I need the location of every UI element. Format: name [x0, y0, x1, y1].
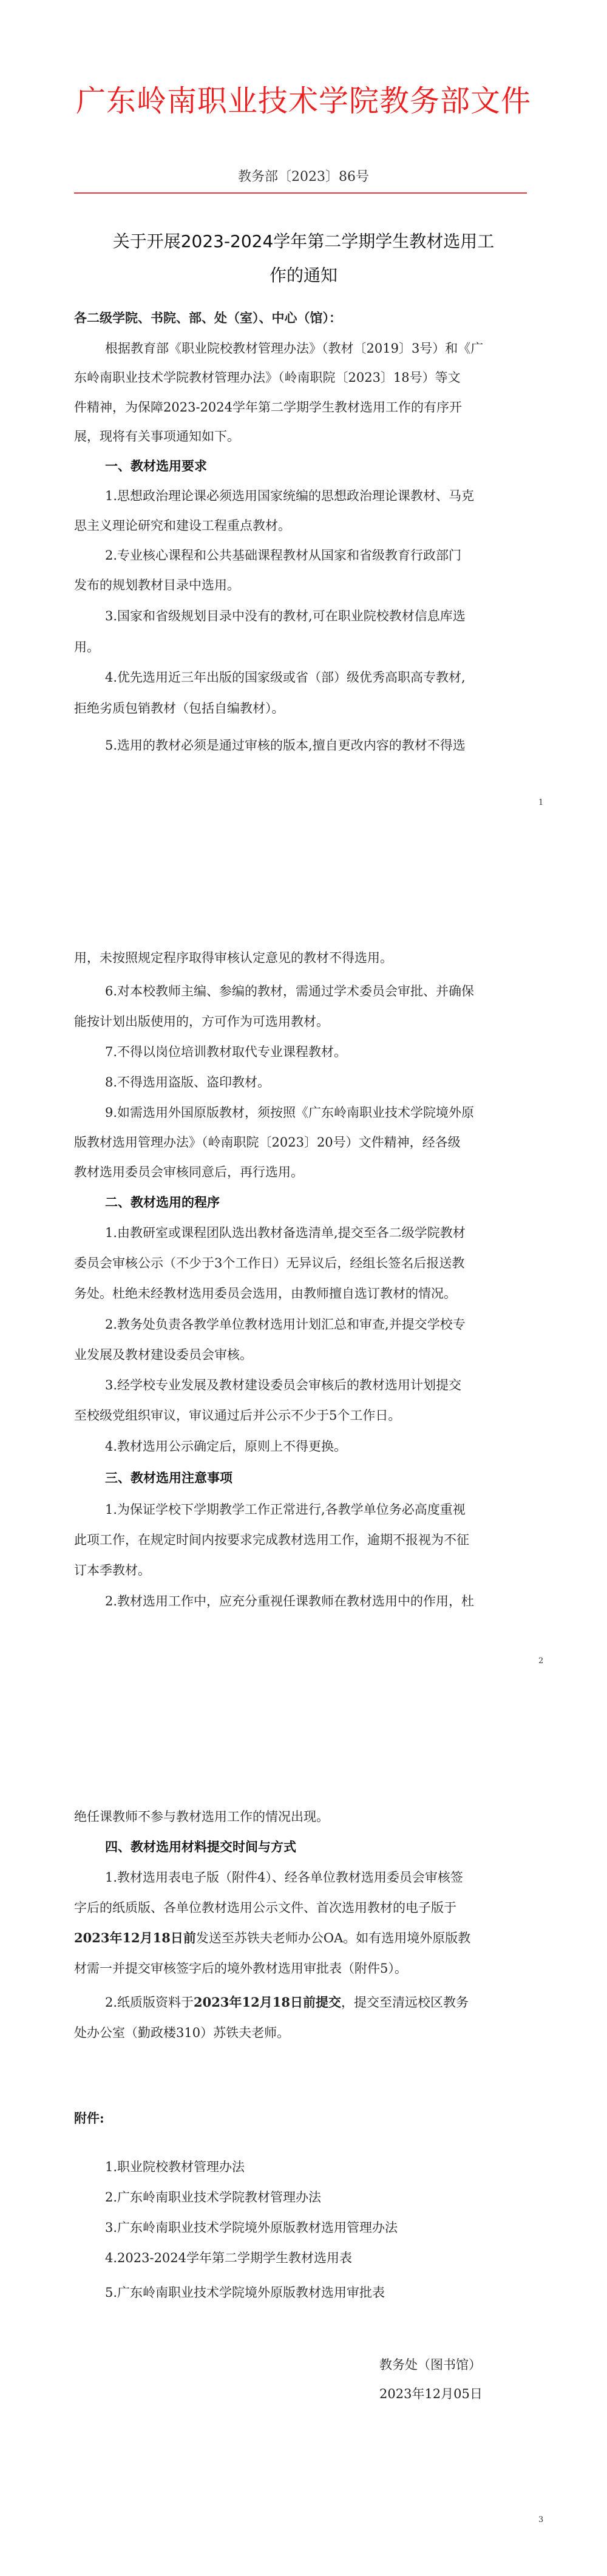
body-line: 版教材选用管理办法》（岭南职院〔2023〕20号）文件精神，经各级 [74, 1133, 461, 1151]
body-text: 2.纸质版资料于 [105, 1995, 194, 2010]
header-divider [74, 192, 527, 194]
page-number-1: 1 [538, 798, 543, 807]
notice-title-line1: 关于开展2023-2024学年第二学期学生教材选用工 [67, 225, 540, 259]
section-heading-4: 四、教材选用材料提交时间与方式 [105, 1838, 296, 1856]
body-line: 1.教材选用表电子版（附件4）、经各单位教材选用委员会审核签 [105, 1868, 463, 1886]
body-line: 业发展及教材建设委员会审核。 [74, 1346, 253, 1364]
body-line: 2.教务处负责各教学单位教材选用计划汇总和审查,并提交学校专 [105, 1315, 466, 1334]
body-line: 4.教材选用公示确定后，原则上不得更换。 [105, 1437, 347, 1456]
body-line: 4.优先选用近三年出版的国家级或省（部）级优秀高职高专教材, [105, 668, 466, 686]
deadline-emphasis: 2023年12月18日前 [74, 1930, 196, 1945]
intro-line: 件精神，为保障2023-2024学年第二学期学生教材选用工作的有序开 [74, 398, 462, 416]
page-number-3: 3 [538, 2515, 543, 2524]
signature-date: 2023年12月05日 [379, 2385, 483, 2403]
body-line: 7.不得以岗位培训教材取代专业课程教材。 [105, 1043, 347, 1061]
body-line: 至校级党组织审议，审议通过后并公示不少于5个工作日。 [74, 1406, 401, 1425]
body-line: 订本季教材。 [74, 1561, 151, 1579]
body-line: 能按计划出版使用的，方可作为可选用教材。 [74, 1012, 329, 1031]
body-line: 1.思想政治理论课必须选用国家统编的思想政治理论课教材、马克 [105, 487, 474, 505]
body-line: 2.纸质版资料于2023年12月18日前提交，提交至清远校区教务 [105, 1993, 469, 2012]
body-line: 3.经学校专业发展及教材建设委员会审核后的教材选用计划提交 [105, 1376, 461, 1394]
section-heading-2: 二、教材选用的程序 [105, 1193, 220, 1212]
body-line: 用，未按照规定程序取得审核认定意见的教材不得选用。 [74, 949, 393, 967]
document-number: 教务部〔2023〕86号 [0, 166, 607, 185]
body-text: 发送至苏铁夫老师办公OA。如有选用境外原版教 [196, 1931, 470, 1945]
notice-title: 关于开展2023-2024学年第二学期学生教材选用工 作的通知 [67, 225, 540, 293]
body-line: 1.由教研室或课程团队选出教材备选清单,提交至各二级学院教材 [105, 1224, 466, 1242]
body-text: ，提交至清远校区教务 [341, 1995, 469, 2010]
body-line: 思主义理论研究和建设工程重点教材。 [74, 517, 291, 535]
body-line: 6.对本校教师主编、参编的教材，需通过学术委员会审批、并确保 [105, 982, 474, 1000]
intro-line: 东岭南职业技术学院教材管理办法》（岭南职院〔2023〕18号）等文 [74, 368, 461, 387]
section-heading-1: 一、教材选用要求 [105, 457, 207, 475]
body-line: 1.为保证学校下学期教学工作正常进行,各教学单位务必高度重视 [105, 1500, 466, 1519]
intro-line: 展，现将有关事项通知如下。 [74, 427, 240, 446]
page-number-2: 2 [538, 1656, 543, 1666]
attachment-item: 3.广东岭南职业技术学院境外原版教材选用管理办法 [105, 2218, 398, 2237]
attachment-item: 1.职业院校教材管理办法 [105, 2158, 245, 2176]
body-line: 发布的规划教材目录中选用。 [74, 576, 240, 594]
section-heading-3: 三、教材选用注意事项 [105, 1469, 232, 1487]
body-line: 处办公室（勤政楼310）苏铁夫老师。 [74, 2024, 290, 2042]
body-line: 用。 [74, 638, 100, 656]
deadline-emphasis: 2023年12月18日前提交 [194, 1995, 341, 2010]
body-line: 3.国家和省级规划目录中没有的教材,可在职业院校教材信息库选 [105, 607, 466, 625]
body-line: 5.选用的教材必须是通过审核的版本,擅自更改内容的教材不得选 [105, 736, 466, 754]
body-line: 9.如需选用外国原版教材，须按照《广东岭南职业技术学院境外原 [105, 1103, 474, 1122]
org-header-title: 广东岭南职业技术学院教务部文件 [0, 80, 607, 123]
body-line: 此项工作，在规定时间内按要求完成教材选用工作，逾期不报视为不征 [74, 1531, 469, 1549]
body-line: 教材选用委员会审核同意后，再行选用。 [74, 1163, 303, 1181]
body-line: 2023年12月18日前发送至苏铁夫老师办公OA。如有选用境外原版教 [74, 1929, 470, 1947]
body-line: 8.不得选用盗版、盗印教材。 [105, 1073, 270, 1091]
body-line: 材需一并提交审核签字后的境外教材选用审批表（附件5）。 [74, 1959, 407, 1978]
body-line: 字后的纸质版、各单位教材选用公示文件、首次选用教材的电子版于 [74, 1899, 456, 1917]
body-line: 委员会审核公示（不少于3个工作日）无异议后，经组长签名后报送教 [74, 1254, 464, 1272]
attachment-item: 5.广东岭南职业技术学院境外原版教材选用审批表 [105, 2283, 385, 2302]
body-line: 绝任课教师不参与教材选用工作的情况出现。 [74, 1808, 329, 1826]
attachment-item: 4.2023-2024学年第二学期学生教材选用表 [105, 2249, 352, 2267]
salutation: 各二级学院、书院、部、处（室）、中心（馆）： [74, 309, 342, 327]
intro-line: 根据教育部《职业院校教材管理办法》（教材〔2019〕3号）和《广 [105, 339, 483, 358]
body-line: 2.教材选用工作中，应充分重视任课教师在教材选用中的作用，杜 [105, 1592, 474, 1610]
attachment-item: 2.广东岭南职业技术学院教材管理办法 [105, 2188, 321, 2206]
signature-office: 教务处（图书馆） [379, 2356, 481, 2374]
attachments-label: 附件: [74, 2109, 104, 2127]
body-line: 2.专业核心课程和公共基础课程教材从国家和省级教育行政部门 [105, 546, 461, 564]
notice-title-line2: 作的通知 [67, 259, 540, 293]
body-line: 拒绝劣质包销教材（包括自编教材）。 [74, 699, 285, 717]
body-line: 务处。杜绝未经教材选用委员会选用，由教师擅自选订教材的情况。 [74, 1284, 456, 1303]
